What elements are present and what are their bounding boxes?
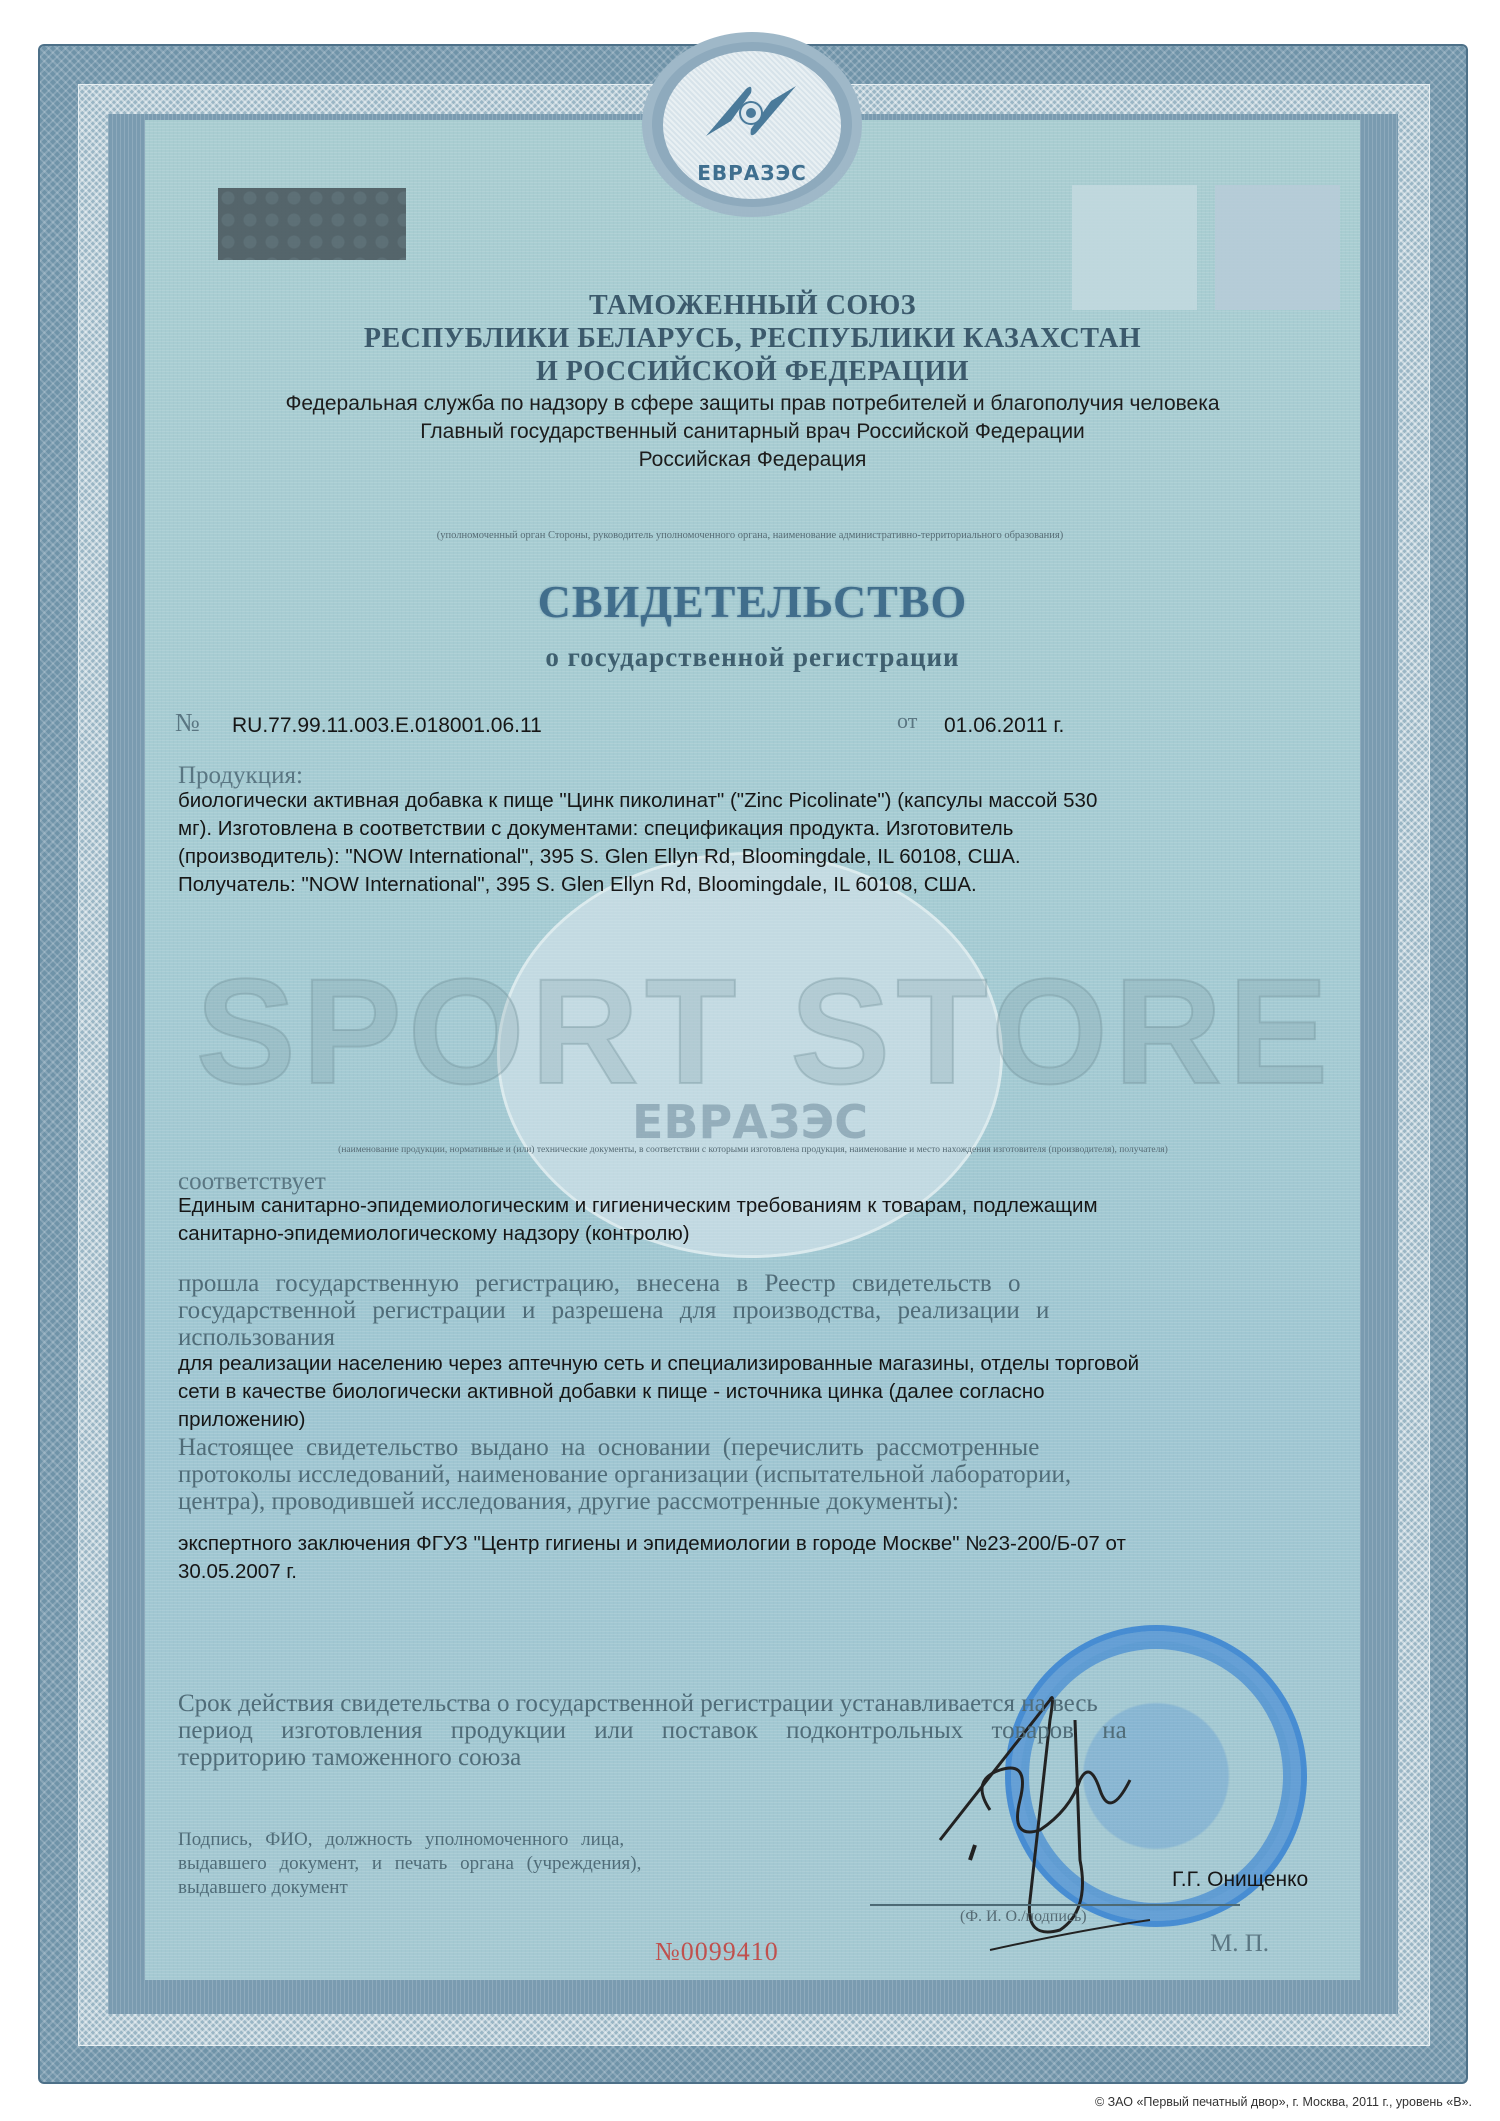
registered-line: использования	[178, 1324, 335, 1351]
validity-line: период изготовления продукции или постав…	[178, 1717, 1328, 1744]
document-subtitle: о государственной регистрации	[145, 642, 1360, 673]
registration-number: RU.77.99.11.003.E.018001.06.11	[232, 712, 542, 739]
agency-caption: (уполномоченный орган Стороны, руководит…	[250, 530, 1250, 541]
product-line: биологически активная добавка к пище "Ци…	[178, 787, 1097, 814]
customs-union-title: ТАМОЖЕННЫЙ СОЮЗ	[145, 290, 1360, 322]
eurasec-label: ЕВРАЗЭС	[697, 161, 807, 185]
signatory-name: Г.Г. Онищенко	[1172, 1866, 1308, 1893]
basis-line: Настоящее свидетельство выдано на основа…	[178, 1434, 1328, 1461]
customs-union-members: РЕСПУБЛИКИ БЕЛАРУСЬ, РЕСПУБЛИКИ КАЗАХСТА…	[145, 323, 1360, 355]
agency-name: Федеральная служба по надзору в сфере за…	[145, 392, 1360, 416]
eurasec-emblem: ЕВРАЗЭС	[652, 42, 852, 207]
basis-value-line: 30.05.2007 г.	[178, 1558, 297, 1585]
signature-caption-line: выдавшего документ, и печать органа (учр…	[178, 1852, 828, 1876]
watermark-text: SPORT STORE	[150, 945, 1380, 1118]
registered-line: государственной регистрации и разрешена …	[178, 1297, 1328, 1324]
signature-caption-line: выдавшего документ	[178, 1876, 348, 1900]
registration-date-label: от	[897, 708, 917, 734]
signature-line	[870, 1904, 1240, 1906]
usage-line: сети в качестве биологически активной до…	[178, 1378, 1044, 1405]
validity-line: Срок действия свидетельства о государств…	[178, 1690, 1328, 1717]
registration-date: 01.06.2011 г.	[944, 712, 1064, 739]
seal-place-label: М. П.	[1210, 1930, 1269, 1958]
hologram-strip	[218, 188, 406, 260]
customs-union-federation: И РОССИЙСКОЙ ФЕДЕРАЦИИ	[145, 356, 1360, 388]
validity-line: территорию таможенного союза	[178, 1744, 521, 1771]
document-title: СВИДЕТЕЛЬСТВО	[145, 575, 1360, 628]
basis-value-line: экспертного заключения ФГУЗ "Центр гигие…	[178, 1530, 1126, 1557]
registration-number-label: №	[175, 708, 200, 738]
form-serial-number: №0099410	[655, 1937, 779, 1967]
signatory-caption: (Ф. И. О./подпись)	[960, 1908, 1087, 1926]
registered-line: прошла государственную регистрацию, внес…	[178, 1270, 1328, 1297]
product-caption: (наименование продукции, нормативные и (…	[178, 1145, 1328, 1155]
product-line: мг). Изготовлена в соответствии с докуме…	[178, 815, 1013, 842]
product-line: (производитель): "NOW International", 39…	[178, 843, 1021, 870]
compliance-line: санитарно-эпидемиологическому надзору (к…	[178, 1220, 690, 1247]
product-line: Получатель: "NOW International", 395 S. …	[178, 871, 977, 898]
basis-line: протоколы исследований, наименование орг…	[178, 1461, 1328, 1488]
signature-caption-line: Подпись, ФИО, должность уполномоченного …	[178, 1828, 828, 1852]
usage-line: для реализации населению через аптечную …	[178, 1350, 1139, 1377]
compliance-line: Единым санитарно-эпидемиологическим и ги…	[178, 1192, 1098, 1219]
agency-official: Главный государственный санитарный врач …	[145, 420, 1360, 444]
product-label: Продукция:	[178, 762, 303, 790]
agency-country: Российская Федерация	[145, 448, 1360, 472]
usage-line: приложению)	[178, 1406, 305, 1433]
eurasec-logo-icon	[701, 81, 801, 141]
basis-line: центра), проводившей исследования, други…	[178, 1488, 959, 1515]
printer-copyright: © ЗАО «Первый печатный двор», г. Москва,…	[1095, 2095, 1472, 2109]
